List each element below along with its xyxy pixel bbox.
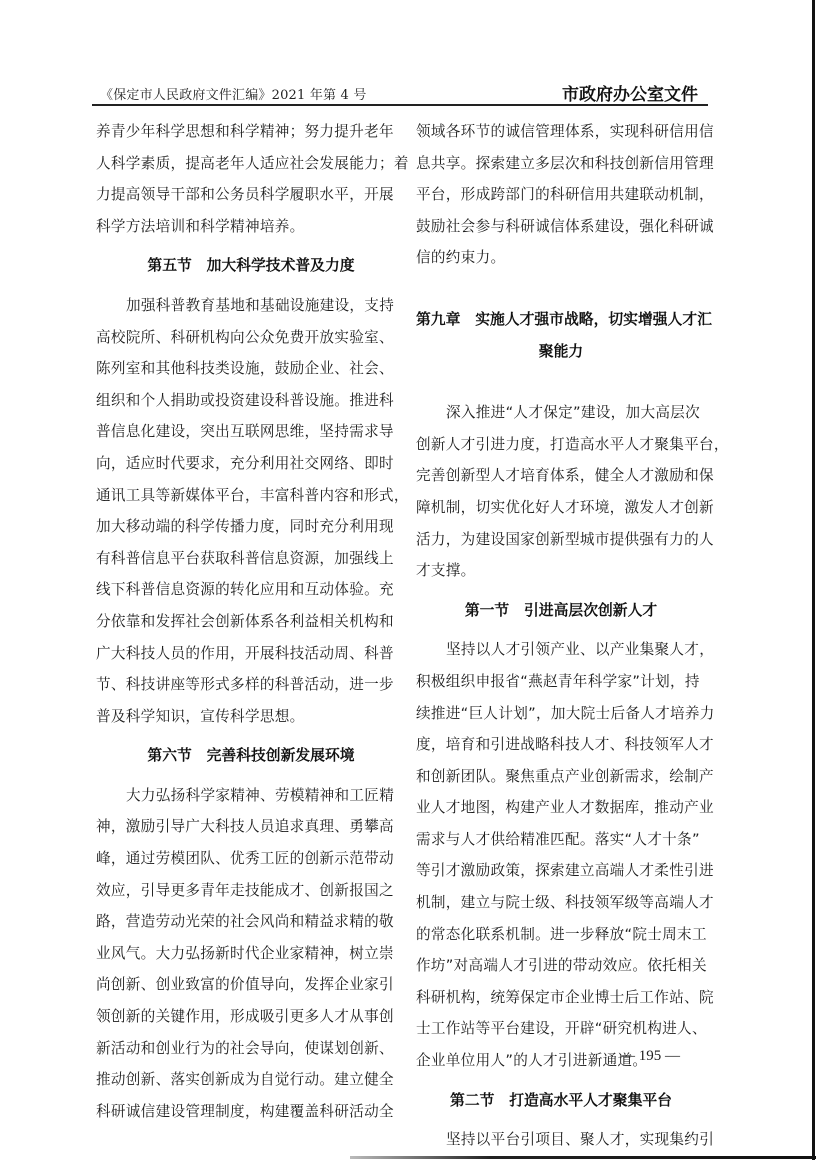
text-line: 坚持以平台引项目、聚人才，实现集约引	[416, 1124, 706, 1156]
text-line: 积极组织申报省“燕赵青年科学家”计划，持	[416, 666, 706, 698]
text-line: 业风气。大力弘扬新时代企业家精神，树立崇	[96, 938, 406, 970]
paragraph: 坚持以平台引项目、聚人才，实现集约引	[416, 1124, 706, 1156]
text-line: 力提高领导干部和公务员科学履职水平，开展	[96, 179, 406, 211]
text-line: 平台，形成跨部门的科研信用共建联动机制，	[416, 179, 706, 211]
text-line: 组织和个人捐助或投资建设科普设施。推进科	[96, 385, 406, 417]
text-line: 机制，建立与院士级、科技领军级等高端人才	[416, 887, 706, 919]
page-number: — 195 —	[620, 1048, 680, 1065]
text-line: 信的约束力。	[416, 242, 706, 274]
text-line: 尚创新、创业致富的价值导向，发挥企业家引	[96, 969, 406, 1001]
section-heading-5: 第五节 加大科学技术普及力度	[96, 250, 406, 282]
text-line: 活力，为建设国家创新型城市提供强有力的人	[416, 524, 706, 556]
text-line: 大力弘扬科学家精神、劳模精神和工匠精	[96, 780, 406, 812]
text-line: 作坊”对高端人才引进的带动效应。依托相关	[416, 950, 706, 982]
text-line: 通讯工具等新媒体平台，丰富科普内容和形式，	[96, 480, 406, 512]
text-line: 领创新的关键作用，形成吸引更多人才从事创	[96, 1001, 406, 1033]
running-head-section: 市政府办公室文件	[562, 80, 698, 105]
text-line: 的常态化联系机制。进一步释放“院士周末工	[416, 919, 706, 951]
running-head-publication: 《保定市人民政府文件汇编》2021 年第 4 号	[100, 84, 367, 103]
chapter-heading-9-cont: 聚能力	[416, 336, 706, 368]
text-line: 鼓励社会参与科研诚信体系建设，强化科研诚	[416, 211, 706, 243]
running-head: 《保定市人民政府文件汇编》2021 年第 4 号 市政府办公室文件	[92, 80, 708, 106]
text-line: 陈列室和其他科技类设施，鼓励企业、社会、	[96, 353, 406, 385]
right-column: 领域各环节的诚信管理体系，实现科研信用信 息共享。探索建立多层次和科技创新信用管…	[416, 116, 706, 1156]
text-line: 科学方法培训和科学精神培养。	[96, 211, 406, 243]
section-heading-2: 第二节 打造高水平人才聚集平台	[416, 1085, 706, 1117]
text-line: 科研机构，统筹保定市企业博士后工作站、院	[416, 982, 706, 1014]
text-line: 向，适应时代要求，充分利用社交网络、即时	[96, 448, 406, 480]
text-line: 分依靠和发挥社会创新体系各利益相关机构和	[96, 606, 406, 638]
text-line: 路，营造劳动光荣的社会风尚和精益求精的敬	[96, 906, 406, 938]
text-line: 业人才地图，构建产业人才数据库，推动产业	[416, 792, 706, 824]
paragraph: 坚持以人才引领产业、以产业集聚人才， 积极组织申报省“燕赵青年科学家”计划，持 …	[416, 634, 706, 1076]
text-line: 节、科技讲座等形式多样的科普活动，进一步	[96, 669, 406, 701]
section-heading-1: 第一节 引进高层次创新人才	[416, 595, 706, 627]
text-line: 推动创新、落实创新成为自觉行动。建立健全	[96, 1064, 406, 1096]
text-line: 广大科技人员的作用，开展科技活动周、科普	[96, 638, 406, 670]
text-line: 等引才激励政策，探索建立高端人才柔性引进	[416, 855, 706, 887]
text-line: 和创新团队。聚焦重点产业创新需求，绘制产	[416, 761, 706, 793]
section-heading-6: 第六节 完善科技创新发展环境	[96, 740, 406, 772]
text-line: 续推进“巨人计划”，加大院士后备人才培养力	[416, 698, 706, 730]
text-line: 养青少年科学思想和科学精神；努力提升老年	[96, 116, 406, 148]
text-line: 峰，通过劳模团队、优秀工匠的创新示范带动	[96, 843, 406, 875]
scan-edge-bottom	[350, 1156, 816, 1159]
paragraph: 领域各环节的诚信管理体系，实现科研信用信 息共享。探索建立多层次和科技创新信用管…	[416, 116, 706, 274]
text-line: 深入推进“人才保定”建设，加大高层次	[416, 397, 706, 429]
text-line: 人科学素质，提高老年人适应社会发展能力；着	[96, 148, 406, 180]
text-line: 科研诚信建设管理制度，构建覆盖科研活动全	[96, 1096, 406, 1128]
text-line: 息共享。探索建立多层次和科技创新信用管理	[416, 148, 706, 180]
text-line: 神，激励引导广大科技人员追求真理、勇攀高	[96, 811, 406, 843]
text-line: 加强科普教育基地和基础设施建设，支持	[96, 290, 406, 322]
text-line: 高校院所、科研机构向公众免费开放实验室、	[96, 322, 406, 354]
text-line: 才支撑。	[416, 555, 706, 587]
paragraph: 大力弘扬科学家精神、劳模精神和工匠精 神，激励引导广大科技人员追求真理、勇攀高 …	[96, 780, 406, 1128]
paragraph: 深入推进“人才保定”建设，加大高层次 创新人才引进力度，打造高水平人才聚集平台，…	[416, 397, 706, 587]
text-line: 有科普信息平台获取科普信息资源，加强线上	[96, 543, 406, 575]
text-line: 士工作站等平台建设，开辟“研究机构进人、	[416, 1013, 706, 1045]
text-line: 完善创新型人才培育体系，健全人才激励和保	[416, 460, 706, 492]
paragraph: 加强科普教育基地和基础设施建设，支持 高校院所、科研机构向公众免费开放实验室、 …	[96, 290, 406, 732]
text-line: 创新人才引进力度，打造高水平人才聚集平台，	[416, 429, 706, 461]
text-line: 普及科学知识，宣传科学思想。	[96, 701, 406, 733]
scan-edge-right	[812, 0, 815, 1160]
text-line: 效应，引导更多青年走技能成才、创新报国之	[96, 875, 406, 907]
text-line: 线下科普信息资源的转化应用和互动体验。充	[96, 574, 406, 606]
text-line: 领域各环节的诚信管理体系，实现科研信用信	[416, 116, 706, 148]
chapter-heading-9: 第九章 实施人才强市战略，切实增强人才汇	[416, 304, 706, 336]
text-line: 障机制，切实优化好人才环境，激发人才创新	[416, 492, 706, 524]
paragraph: 养青少年科学思想和科学精神；努力提升老年 人科学素质，提高老年人适应社会发展能力…	[96, 116, 406, 242]
text-line: 加大移动端的科学传播力度，同时充分利用现	[96, 511, 406, 543]
text-line: 普信息化建设，突出互联网思维，坚持需求导	[96, 416, 406, 448]
left-column: 养青少年科学思想和科学精神；努力提升老年 人科学素质，提高老年人适应社会发展能力…	[96, 116, 406, 1127]
text-line: 坚持以人才引领产业、以产业集聚人才，	[416, 634, 706, 666]
text-line: 需求与人才供给精准匹配。落实“人才十条”	[416, 824, 706, 856]
text-line: 度，培育和引进战略科技人才、科技领军人才	[416, 729, 706, 761]
text-line: 新活动和创业行为的社会导向，使谋划创新、	[96, 1033, 406, 1065]
